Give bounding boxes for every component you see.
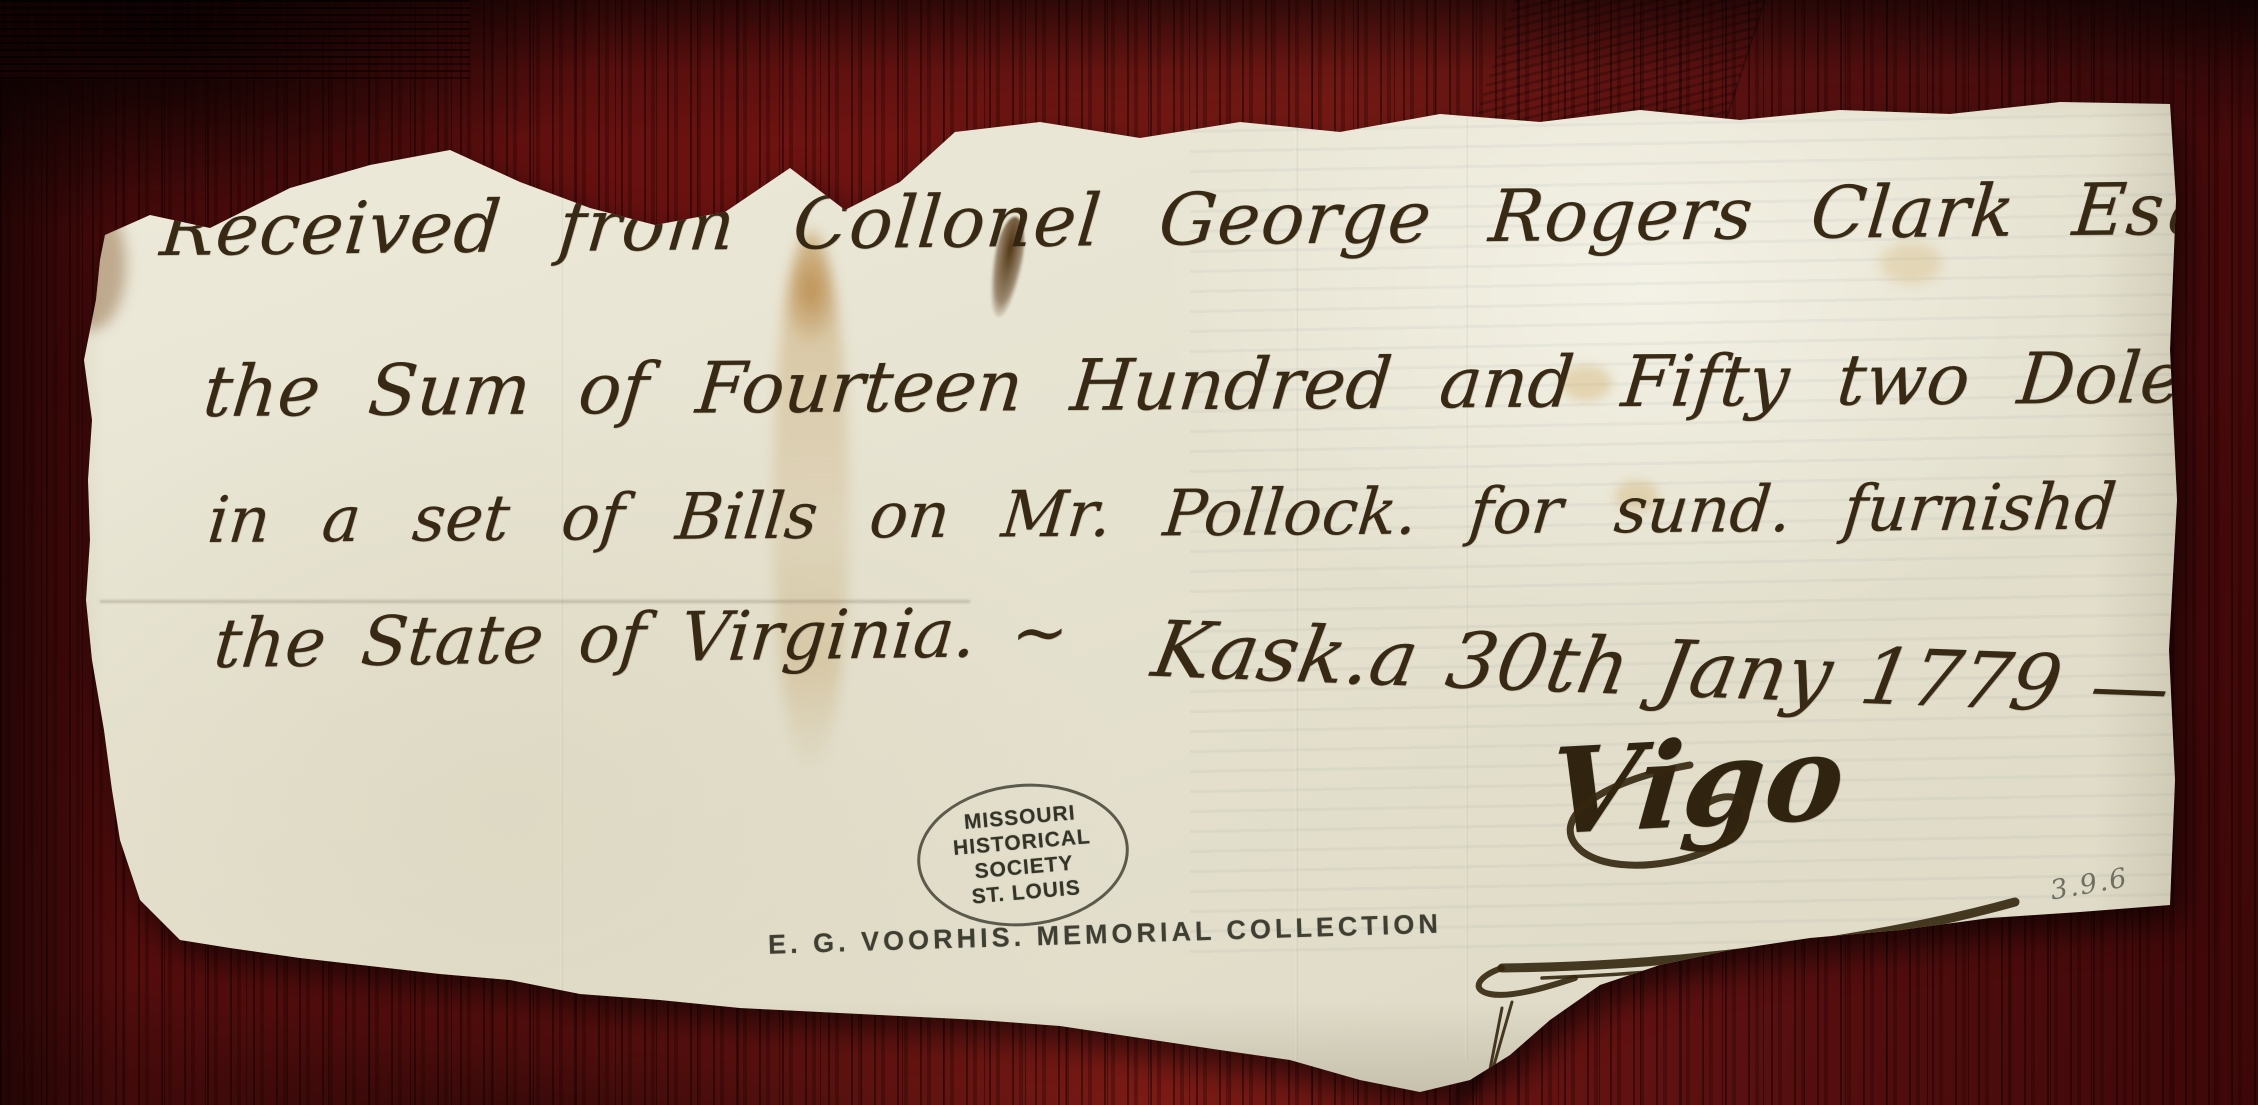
torn-receipt-paper: Received from Collonel George Rogers Cla… xyxy=(40,60,2180,1105)
receipt-paper-wrap: Received from Collonel George Rogers Cla… xyxy=(40,60,2180,1105)
photo-scene: Received from Collonel George Rogers Cla… xyxy=(0,0,2258,1105)
